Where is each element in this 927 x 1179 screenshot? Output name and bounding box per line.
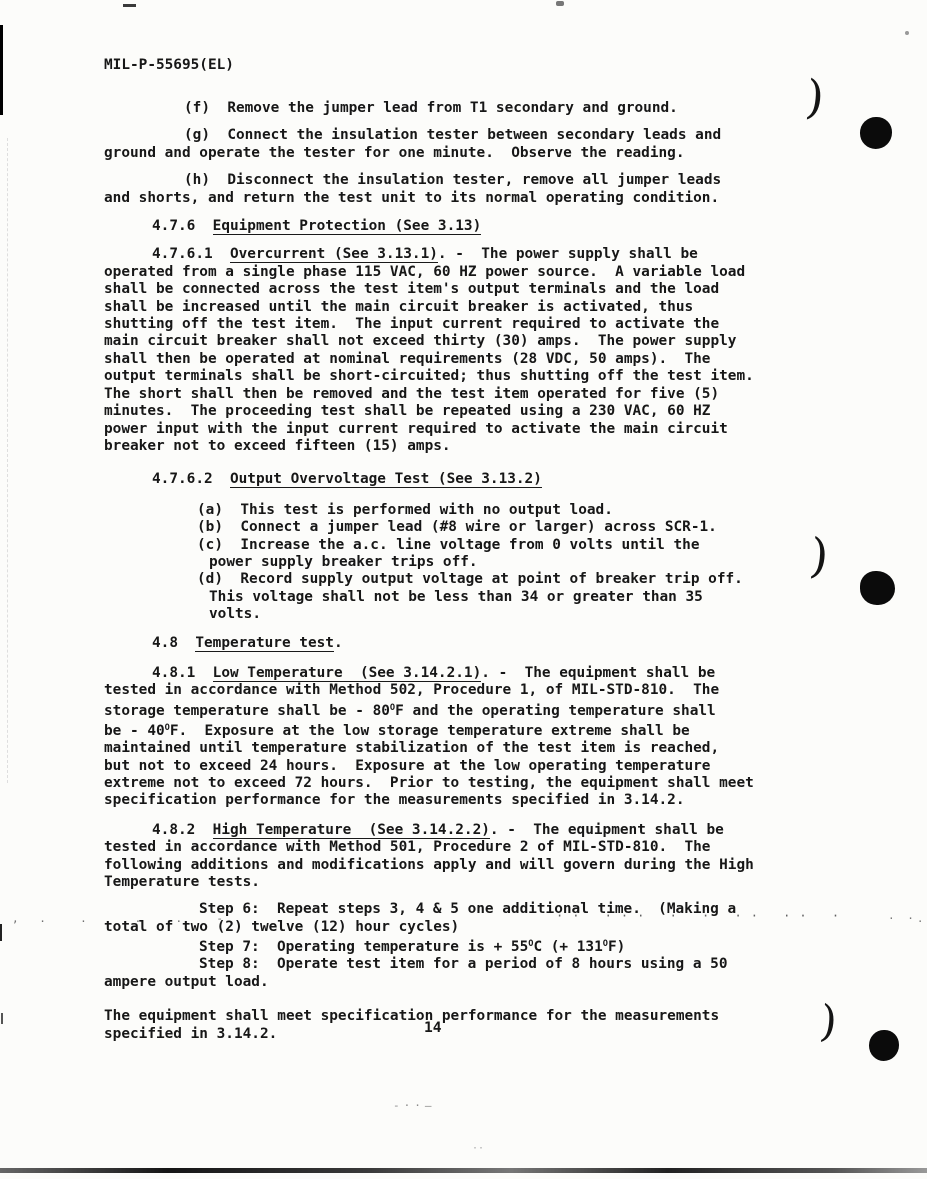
text-line: 4.8.2 High Temperature (See 3.14.2.2). -… — [104, 822, 904, 839]
text-line: This voltage shall not be less than 34 o… — [104, 589, 904, 606]
scan-edge-mark — [0, 25, 3, 115]
scan-bottom-edge-line — [0, 1168, 927, 1173]
text-line: Step 7: Operating temperature is + 55OC … — [104, 936, 904, 956]
text-block: (b) Connect a jumper lead (#8 wire or la… — [104, 519, 904, 536]
text-block: (g) Connect the insulation tester betwee… — [104, 127, 904, 162]
text-line: shall be increased until the main circui… — [104, 299, 904, 316]
text-line: main circuit breaker shall not exceed th… — [104, 333, 904, 350]
text-line: following additions and modifications ap… — [104, 857, 904, 874]
scan-noise-mark — [556, 1, 564, 6]
text-block: (d) Record supply output voltage at poin… — [104, 571, 904, 623]
text-line: Temperature tests. — [104, 874, 904, 891]
text-line: and shorts, and return the test unit to … — [104, 190, 904, 207]
text-block: 4.7.6.2 Output Overvoltage Test (See 3.1… — [104, 471, 904, 488]
text-block: (f) Remove the jumper lead from T1 secon… — [104, 100, 904, 117]
text-line: (a) This test is performed with no outpu… — [104, 502, 904, 519]
text-line: but not to exceed 24 hours. Exposure at … — [104, 758, 904, 775]
text-line: shall be connected across the test item'… — [104, 281, 904, 298]
text-line: shall then be operated at nominal requir… — [104, 351, 904, 368]
text-block: 4.7.6.1 Overcurrent (See 3.13.1). - The … — [104, 246, 904, 455]
scan-edge-mark — [0, 924, 2, 941]
hole-punch-mark — [860, 117, 892, 149]
text-block: 4.8 Temperature test. — [104, 635, 904, 652]
text-line: Step 8: Operate test item for a period o… — [104, 956, 904, 973]
text-block: 4.8.2 High Temperature (See 3.14.2.2). -… — [104, 822, 904, 892]
text-line: shutting off the test item. The input cu… — [104, 316, 904, 333]
text-line: 4.8 Temperature test. — [104, 635, 904, 652]
scan-noise-dots: -··— — [393, 1099, 436, 1112]
text-line: 4.7.6.2 Output Overvoltage Test (See 3.1… — [104, 471, 904, 488]
text-line: volts. — [104, 606, 904, 623]
text-line: (c) Increase the a.c. line voltage from … — [104, 537, 904, 554]
page-number: 14 — [424, 1019, 442, 1036]
text-line: power input with the input current requi… — [104, 421, 904, 438]
text-block: 4.8.1 Low Temperature (See 3.14.2.1). - … — [104, 665, 904, 810]
text-block: Step 7: Operating temperature is + 55OC … — [104, 936, 904, 956]
text-line: (d) Record supply output voltage at poin… — [104, 571, 904, 588]
text-line: (g) Connect the insulation tester betwee… — [104, 127, 904, 144]
text-line: (f) Remove the jumper lead from T1 secon… — [104, 100, 904, 117]
scanned-document-page: MIL-P-55695(EL) (f) Remove the jumper le… — [0, 0, 927, 1179]
text-line: ground and operate the tester for one mi… — [104, 145, 904, 162]
text-line: power supply breaker trips off. — [104, 554, 904, 571]
text-line: minutes. The proceeding test shall be re… — [104, 403, 904, 420]
text-block: (a) This test is performed with no outpu… — [104, 502, 904, 519]
text-line: be - 40OF. Exposure at the low storage t… — [104, 720, 904, 740]
document-content: MIL-P-55695(EL) (f) Remove the jumper le… — [104, 57, 904, 1043]
scan-edge-mark — [1, 1013, 3, 1024]
scan-edge-dashed-line — [7, 138, 8, 783]
text-line: maintained until temperature stabilizati… — [104, 740, 904, 757]
text-block: The equipment shall meet specification p… — [104, 1008, 904, 1043]
text-line: (b) Connect a jumper lead (#8 wire or la… — [104, 519, 904, 536]
text-line: specification performance for the measur… — [104, 792, 904, 809]
scan-noise-dots: , . . . . - — [12, 912, 230, 925]
text-line: ampere output load. — [104, 974, 904, 991]
document-body: (f) Remove the jumper lead from T1 secon… — [104, 100, 904, 1043]
text-line: The short shall then be removed and the … — [104, 386, 904, 403]
text-line: operated from a single phase 115 VAC, 60… — [104, 264, 904, 281]
text-line: specified in 3.14.2. — [104, 1026, 904, 1043]
text-line: The equipment shall meet specification p… — [104, 1008, 904, 1025]
text-block: Step 8: Operate test item for a period o… — [104, 956, 904, 991]
text-block: (c) Increase the a.c. line voltage from … — [104, 537, 904, 572]
text-line: 4.8.1 Low Temperature (See 3.14.2.1). - … — [104, 665, 904, 682]
hole-punch-mark — [869, 1030, 899, 1061]
text-block: (h) Disconnect the insulation tester, re… — [104, 172, 904, 207]
text-line: storage temperature shall be - 80OF and … — [104, 700, 904, 720]
text-line: (h) Disconnect the insulation tester, re… — [104, 172, 904, 189]
text-line: 4.7.6 Equipment Protection (See 3.13) — [104, 218, 904, 235]
scan-noise-dots: ·· ··· · · ·· ·· · — [556, 909, 848, 923]
text-line: extreme not to exceed 72 hours. Prior to… — [104, 775, 904, 792]
document-id-header: MIL-P-55695(EL) — [104, 57, 904, 74]
text-line: tested in accordance with Method 502, Pr… — [104, 682, 904, 699]
scan-noise-mark — [123, 4, 136, 7]
text-line: output terminals shall be short-circuite… — [104, 368, 904, 385]
text-line: 4.7.6.1 Overcurrent (See 3.13.1). - The … — [104, 246, 904, 263]
scan-noise-dots: · ·. — [888, 912, 927, 925]
text-line: tested in accordance with Method 501, Pr… — [104, 839, 904, 856]
text-line: breaker not to exceed fifteen (15) amps. — [104, 438, 904, 455]
hole-punch-mark — [860, 571, 895, 605]
text-block: 4.7.6 Equipment Protection (See 3.13) — [104, 218, 904, 235]
scan-noise-mark — [905, 31, 909, 35]
scan-noise-dots: ·· — [472, 1143, 484, 1154]
